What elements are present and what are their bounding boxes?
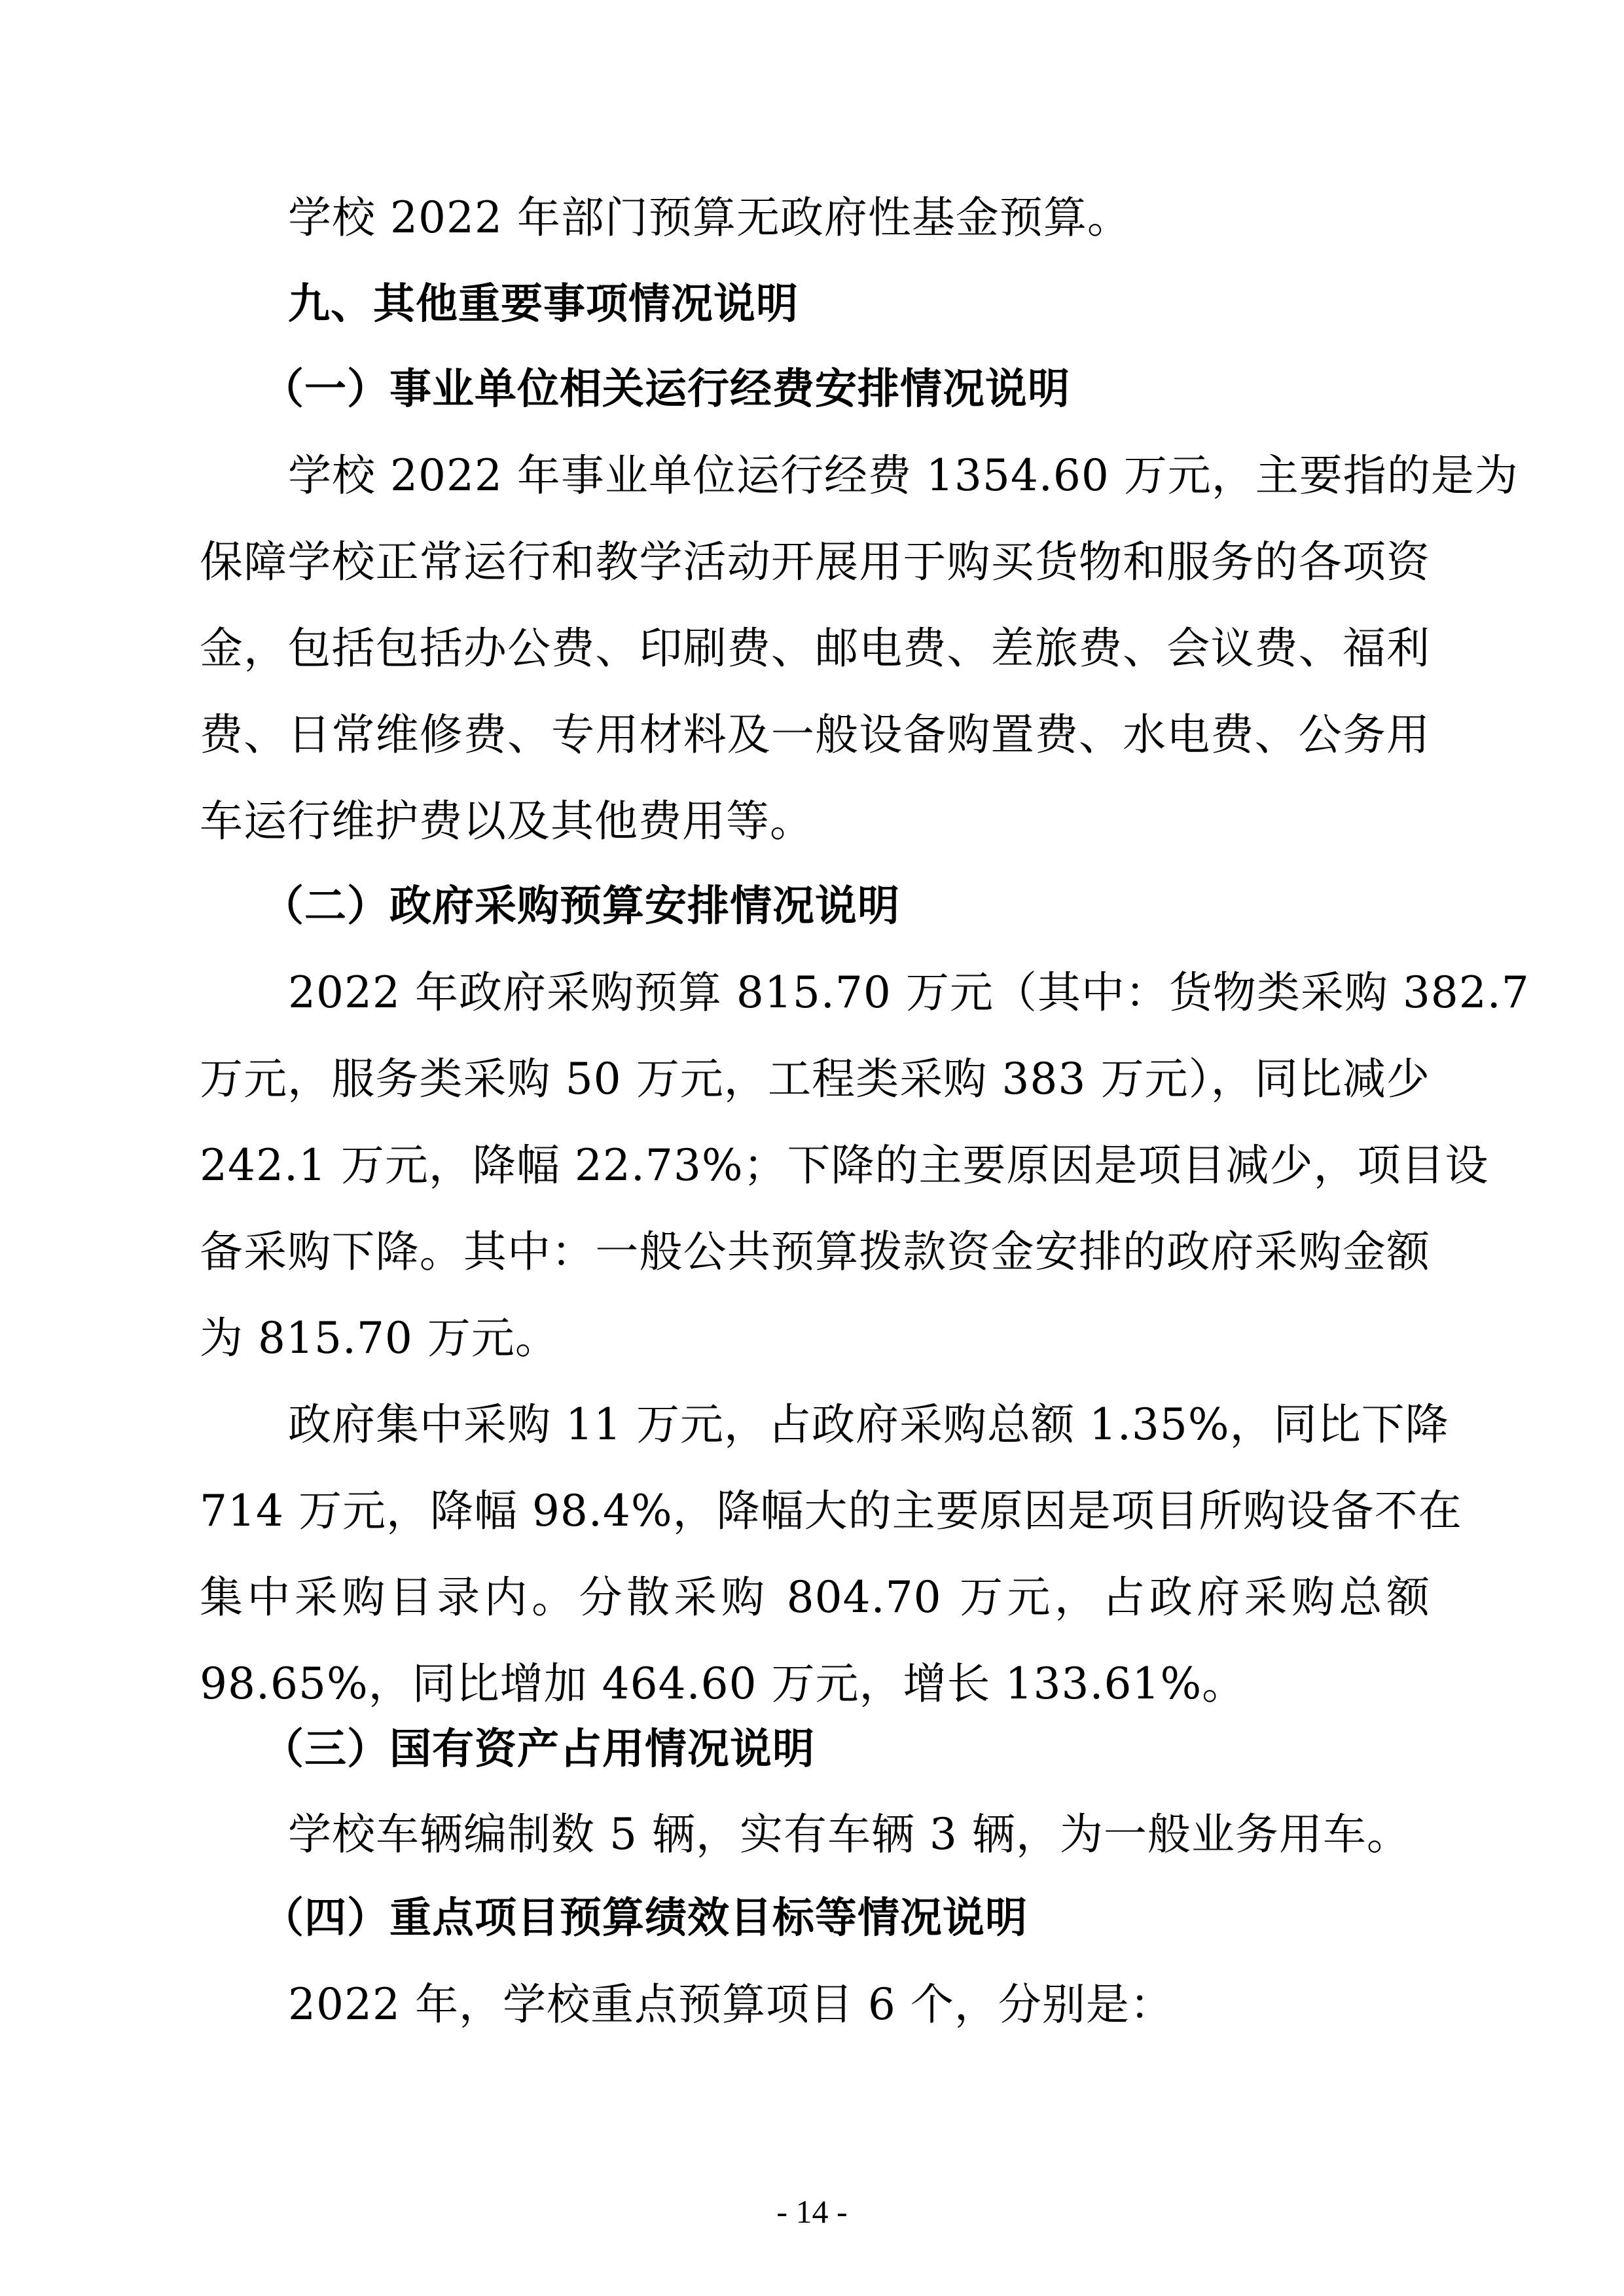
paragraph-line: 714 万元，降幅 98.4%，降幅大的主要原因是项目所购设备不在	[200, 1490, 1430, 1533]
paragraph-line: 万元，服务类采购 50 万元，工程类采购 383 万元），同比减少	[200, 1058, 1430, 1101]
document-page: 学校 2022 年部门预算无政府性基金预算。 九、其他重要事项情况说明 （一）事…	[0, 0, 1624, 2296]
section-heading: 九、其他重要事项情况说明	[288, 283, 1430, 326]
sub-heading: （一）事业单位相关运行经费安排情况说明	[262, 368, 1492, 411]
paragraph-line: 备采购下降。其中：一般公共预算拨款资金安排的政府采购金额	[200, 1230, 1430, 1274]
paragraph-line: 金，包括包括办公费、印刷费、邮电费、差旅费、会议费、福利	[200, 627, 1430, 670]
sub-heading: （四）重点项目预算绩效目标等情况说明	[262, 1897, 1492, 1940]
paragraph-line: 2022 年，学校重点预算项目 6 个，分别是：	[288, 1983, 1430, 2026]
sub-heading: （二）政府采购预算安排情况说明	[262, 885, 1492, 928]
paragraph-line: 学校 2022 年部门预算无政府性基金预算。	[288, 196, 1430, 240]
paragraph-line: 学校 2022 年事业单位运行经费 1354.60 万元，主要指的是为	[288, 454, 1430, 497]
paragraph-line: 为 815.70 万元。	[200, 1317, 1430, 1360]
paragraph-line: 费、日常维修费、专用材料及一般设备购置费、水电费、公务用	[200, 713, 1430, 757]
paragraph-line: 98.65%，同比增加 464.60 万元，增长 133.61%。	[200, 1662, 1430, 1706]
paragraph-line: 集中采购目录内。分散采购 804.70 万元，占政府采购总额	[200, 1576, 1430, 1619]
paragraph-line: 学校车辆编制数 5 辆，实有车辆 3 辆，为一般业务用车。	[288, 1813, 1430, 1856]
sub-heading: （三）国有资产占用情况说明	[262, 1728, 1492, 1771]
page-number: - 14 -	[0, 2193, 1624, 2231]
paragraph-line: 政府集中采购 11 万元，占政府采购总额 1.35%，同比下降	[288, 1403, 1430, 1446]
paragraph-line: 车运行维护费以及其他费用等。	[200, 800, 1430, 843]
paragraph-line: 242.1 万元，降幅 22.73%；下降的主要原因是项目减少，项目设	[200, 1144, 1430, 1187]
paragraph-line: 2022 年政府采购预算 815.70 万元（其中：货物类采购 382.7	[288, 971, 1430, 1014]
paragraph-line: 保障学校正常运行和教学活动开展用于购买货物和服务的各项资	[200, 541, 1430, 584]
